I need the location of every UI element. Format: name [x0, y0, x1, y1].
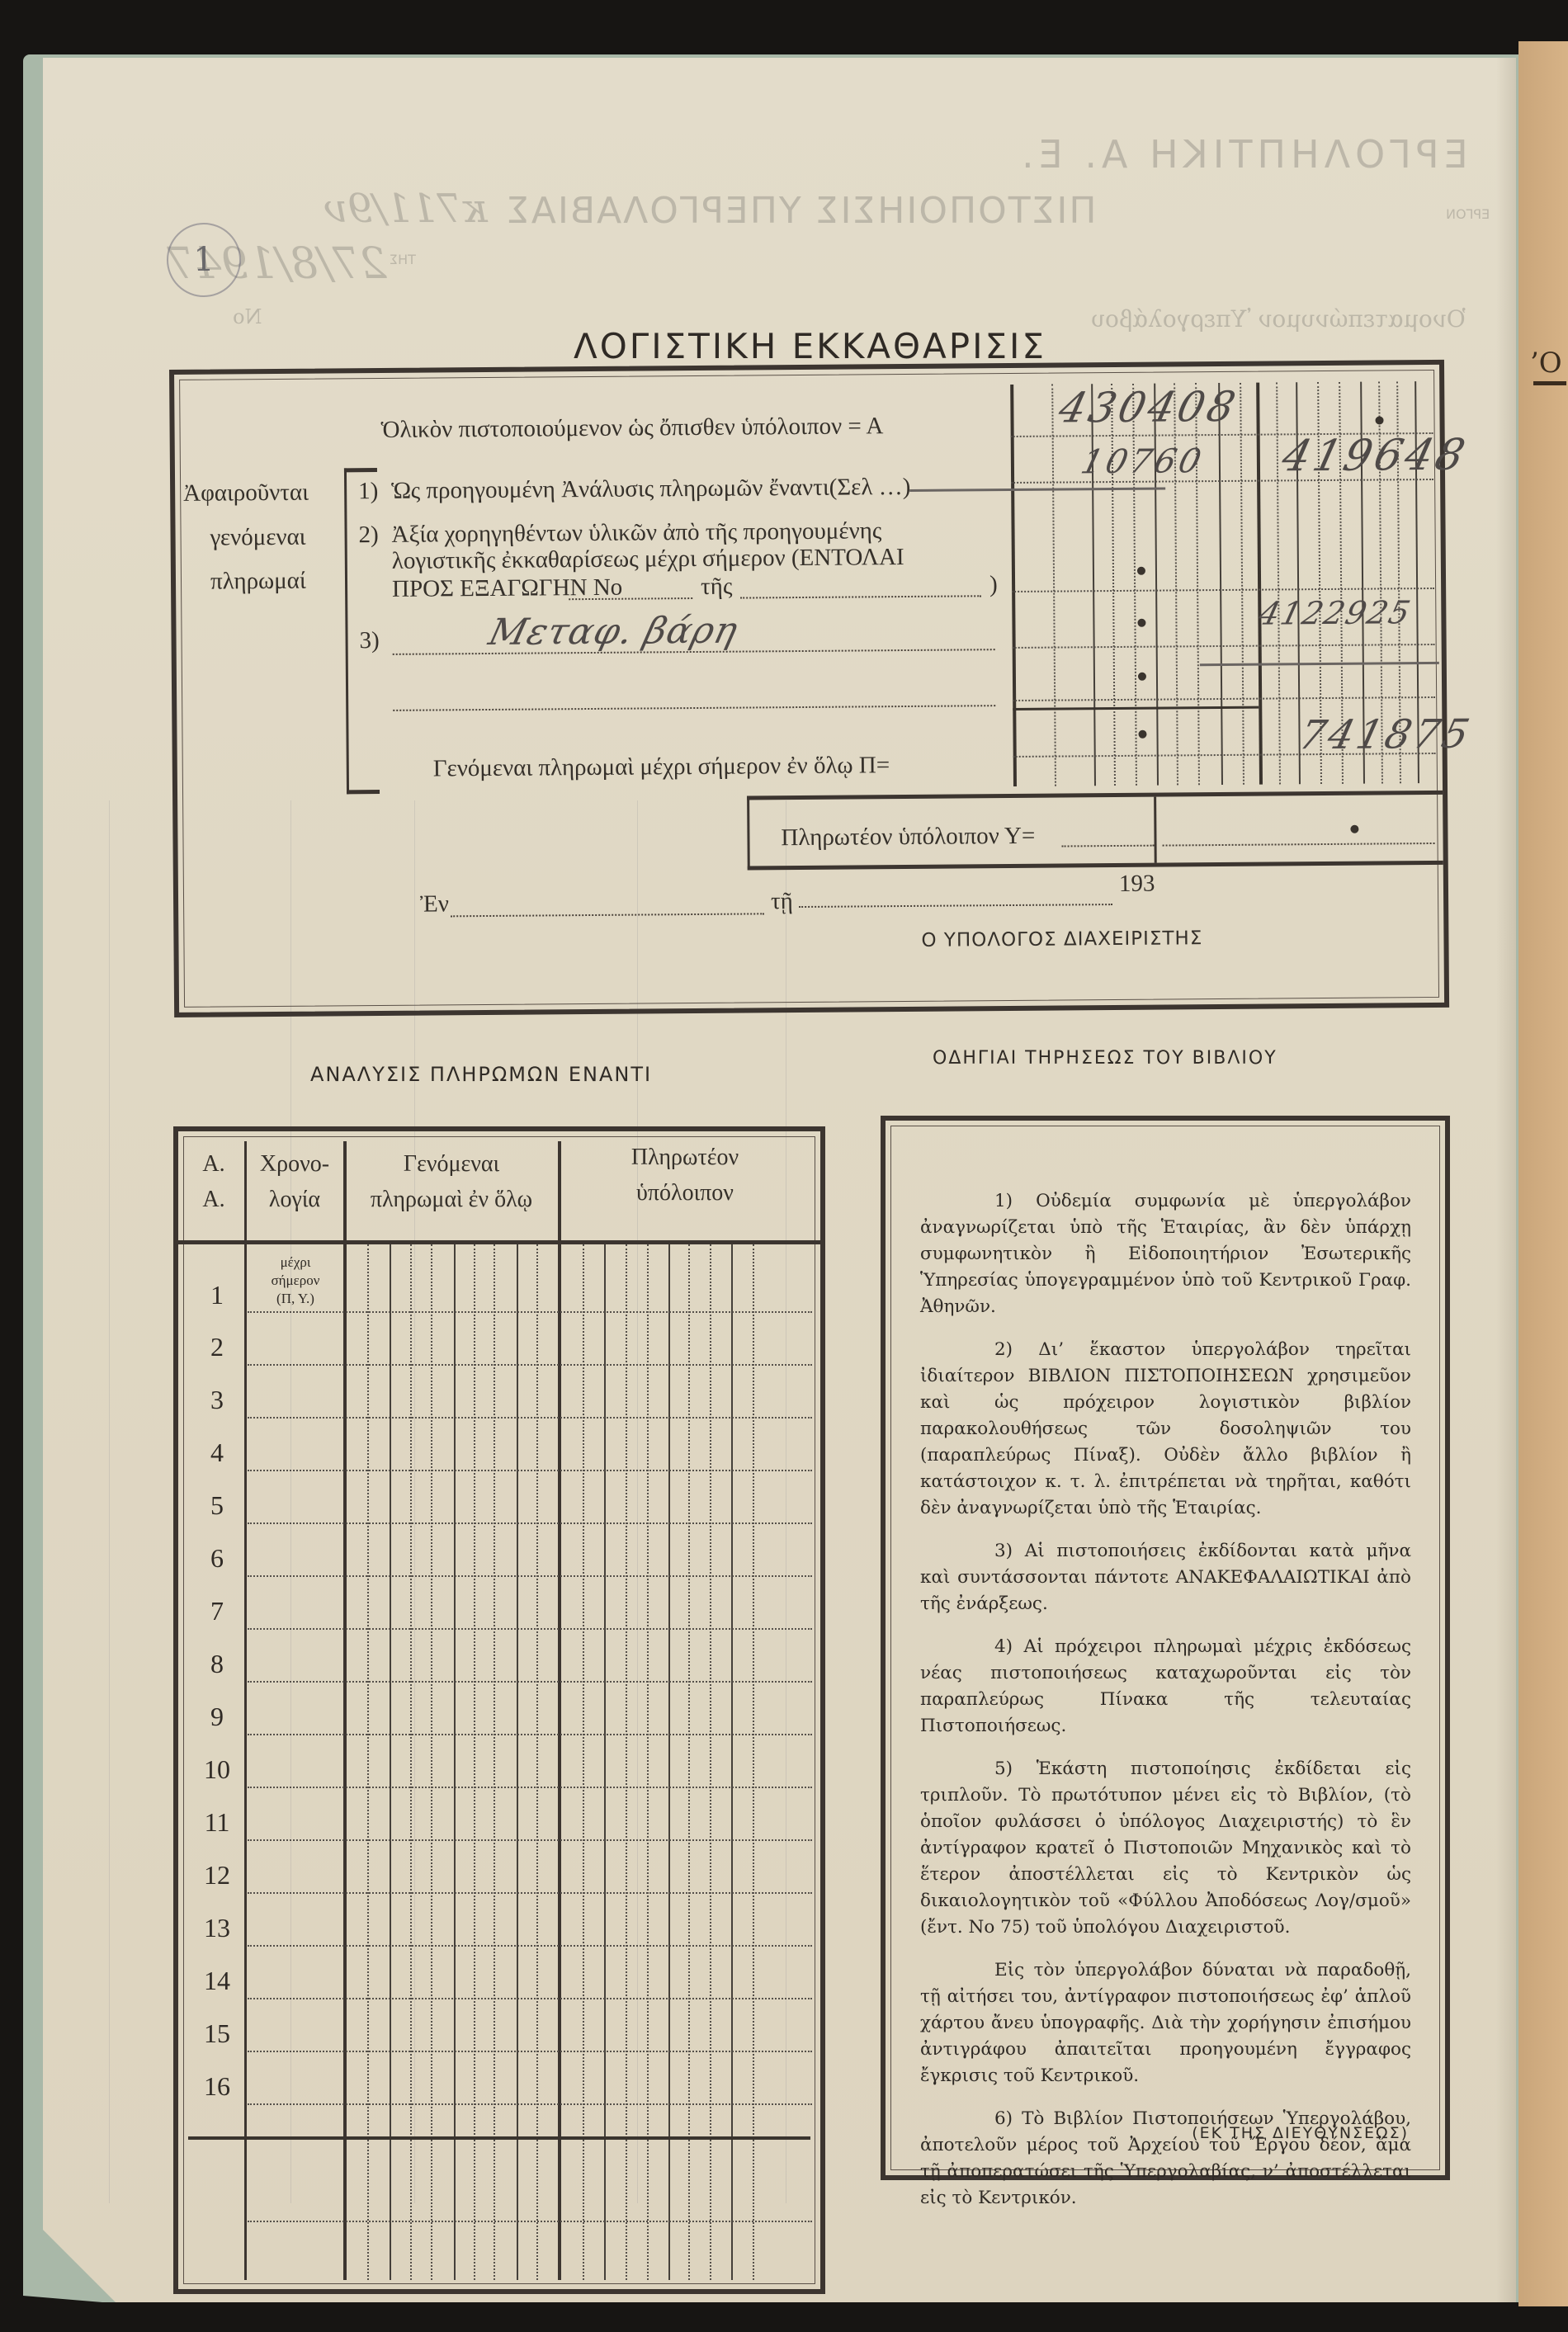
instruction-4: 4) Αἱ πρόχειροι πληρωμαὶ μέχρις ἐκδόσεως…	[920, 1634, 1411, 1740]
row-number: 1	[188, 1280, 246, 1310]
total-certified-label: Ὁλικὸν πιστοποιούμενον ὡς ὄπισθεν ὑπόλοι…	[380, 413, 883, 444]
totals-row	[248, 2221, 812, 2222]
row-number: 14	[188, 1966, 246, 1996]
accounting-settlement-title: ΛΟΓΙΣΤΙΚΗ ΕΚΚΑΘΑΡΙΣΙΣ	[574, 326, 1046, 366]
deductions-label-2: γενόμεναι	[210, 524, 305, 552]
bleed-tis-label: ΤΗΣ	[390, 252, 416, 267]
col-header-aa: Α.Α.	[185, 1146, 243, 1218]
row-number: 16	[188, 2071, 246, 2102]
row-number: 9	[188, 1702, 246, 1732]
decimal-point-marker	[1375, 416, 1383, 424]
page-number-circle: 1	[167, 223, 241, 297]
col-header-payments-total: Γενόμεναιπληρωμαὶ ἐν ὅλῳ	[347, 1146, 556, 1218]
payments-to-date-value: 741875	[1295, 711, 1477, 759]
total-certified-value: 430408	[1054, 383, 1243, 432]
bleed-company-name: ΕΡΓΟΛΗΠΤΙΚΗ Α. Ε.	[1017, 132, 1468, 177]
underlying-page-text: ’O	[1530, 347, 1562, 380]
instructions-footer: (ΕΚ ΤΗΣ ΔΙΕΥΘΥΝΣΕΩΣ)	[1192, 2124, 1409, 2142]
instruction-5: 5) Ἑκάστη πιστοποίησις ἐκδίδεται εἰς τρι…	[920, 1756, 1411, 1941]
first-row-note: μέχρισήμερον(Π, Υ.)	[248, 1253, 343, 1308]
balance-due-box: Πληρωτέον ὑπόλοιπον Υ=	[747, 791, 1443, 871]
order-number-field[interactable]	[569, 597, 692, 600]
decimal-point-marker	[1137, 567, 1145, 575]
col-header-balance-due: Πληρωτέονὑπόλοιπον	[561, 1140, 809, 1211]
instruction-2: 2) Δι’ ἕκαστον ὑπεργολάβον τηρεῖται ἰδια…	[920, 1337, 1411, 1522]
instructions-panel: 1) Οὐδεμία συμφωνία μὲ ὑπεργολάβον ἀναγν…	[881, 1116, 1450, 2180]
amount-grid: 430408 10760 419648 4122925 741875	[1010, 381, 1436, 786]
item-1-label: Ὡς προηγουμένη Ἀνάλυσις πληρωμῶν ἔναντι(…	[391, 474, 910, 505]
row-number: 13	[188, 1913, 246, 1943]
bleed-certificate-title: ΠΙΣΤΟΠΟΙΗΣΙΣ ΥΠΕΡΓΟΛΑΒΙΑΣ	[505, 190, 1096, 232]
deductions-label-1: Ἀφαιροῦνται	[183, 479, 309, 507]
decimal-point-marker	[1137, 619, 1145, 627]
deductions-label-3: πληρωμαί	[210, 568, 306, 596]
place-label: Ἐν	[420, 890, 449, 918]
row-number: 4	[188, 1437, 246, 1468]
instruction-5b: Εἰς τὸν ὑπεργολάβον δύναται νὰ παραδοθῇ,…	[920, 1957, 1411, 2089]
row-number: 7	[188, 1596, 246, 1626]
instruction-3: 3) Αἱ πιστοποιήσεις ἐκδίδονται κατὰ μῆνα…	[920, 1538, 1411, 1617]
item-2-number: 2)	[358, 522, 378, 549]
place-field[interactable]	[451, 913, 764, 917]
item-3-subtotal: 4122925	[1255, 594, 1415, 632]
balance-due-label: Πληρωτέον ὑπόλοιπον Υ=	[781, 823, 1035, 852]
instructions-body: 1) Οὐδεμία συμφωνία μὲ ὑπεργολάβον ἀναγν…	[920, 1188, 1411, 2228]
row-number: 8	[188, 1649, 246, 1679]
row-number: 12	[188, 1860, 246, 1891]
row-number: 5	[188, 1490, 246, 1521]
instruction-6: 6) Τὸ Βιβλίον Πιστοποιήσεων Ὑπεργολάβου,…	[920, 2106, 1411, 2212]
col-header-chronology: Χρονο-λογία	[248, 1146, 342, 1218]
signatory-label: Ο ΥΠΟΛΟΓΟΣ ΔΙΑΧΕΙΡΙΣΤΗΣ	[921, 928, 1202, 951]
year-prefix: 193	[1119, 871, 1155, 898]
item-3-handwritten-description: Μεταφ. βάρη	[484, 610, 742, 654]
balance-due-field[interactable]	[1163, 843, 1435, 847]
item-1-subtotal: 419648	[1278, 431, 1473, 482]
underlying-page-edge: ’O	[1518, 41, 1568, 2306]
bleed-handwritten-number: κ711/9ν	[324, 186, 488, 232]
row-number: 2	[188, 1332, 246, 1362]
row-number: 15	[188, 2018, 246, 2049]
deductions-bracket	[344, 468, 349, 794]
row-number: 11	[188, 1807, 246, 1838]
bleed-ergon-label: ΕΡΓΟΝ	[1446, 206, 1490, 222]
item-1-number: 1)	[358, 478, 378, 505]
instruction-1: 1) Οὐδεμία συμφωνία μὲ ὑπεργολάβον ἀναγν…	[920, 1188, 1411, 1320]
row-number: 10	[188, 1754, 246, 1785]
payments-to-date-label: Γενόμεναι πληρωμαὶ μέχρι σήμερον ἐν ὅλῳ …	[433, 752, 890, 782]
item-3-description-field-2[interactable]	[393, 705, 995, 711]
item-2-label-line2: λογιστικῆς ἐκκαθαρίσεως μέχρι σήμερον (Ε…	[392, 544, 904, 575]
item-3-number: 3)	[359, 627, 379, 654]
decimal-point-marker	[1138, 673, 1146, 681]
decimal-point-marker	[1138, 730, 1146, 739]
row-number: 3	[188, 1385, 246, 1415]
row-number: 6	[188, 1543, 246, 1574]
item-1-value: 10760	[1077, 442, 1207, 481]
bleed-sheet-no: No	[233, 305, 262, 328]
table-rows	[248, 1244, 812, 2181]
order-date-field[interactable]	[740, 595, 981, 598]
payment-analysis-title: ΑΝΑΛΥΣΙΣ ΠΛΗΡΩΜΩΝ ΕΝΑΝΤΙ	[310, 1063, 652, 1086]
accounting-settlement-form: 430408 10760 419648 4122925 741875 Ὁλικὸ…	[169, 360, 1449, 1017]
payment-analysis-table: Α.Α. Χρονο-λογία Γενόμεναιπληρωμαὶ ἐν ὅλ…	[173, 1126, 825, 2294]
date-field[interactable]	[799, 904, 1112, 908]
date-label: τῇ	[771, 888, 793, 915]
instructions-title: ΟΔΗΓΙΑΙ ΤΗΡΗΣΕΩΣ ΤΟΥ ΒΙΒΛΙΟΥ	[933, 1048, 1278, 1069]
item-2-tis-label: τῆς	[701, 574, 733, 601]
bleed-contractor-label: Ὀνοματεπώνυμον Ὑπεργολάβου	[1091, 305, 1466, 333]
